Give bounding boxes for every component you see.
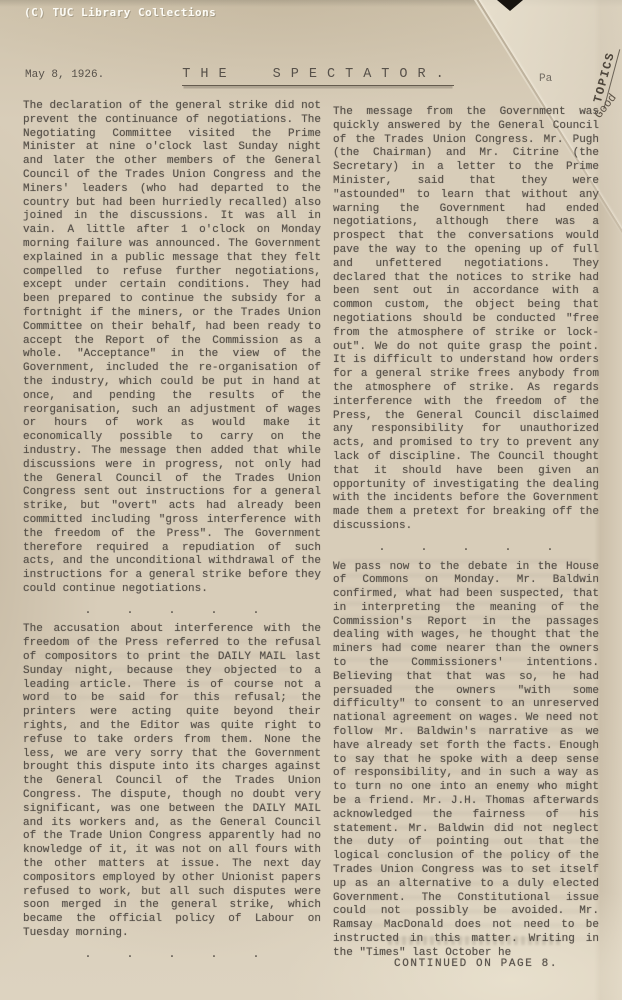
copyright-watermark: (C) TUC Library Collections bbox=[24, 6, 216, 19]
publication-title: THE SPECTATOR. bbox=[182, 67, 453, 86]
section-separator-dots: . . . . . bbox=[333, 541, 599, 555]
right-column: The message from the Government was quic… bbox=[333, 106, 599, 961]
page-number-fragment: Pa bbox=[539, 73, 552, 85]
section-separator-dots: . . . . . bbox=[23, 948, 321, 962]
section-separator-dots: . . . . . bbox=[23, 604, 321, 618]
scanned-newspaper-page: (C) TUC Library Collections TOPICS Good … bbox=[0, 0, 622, 1000]
photo-corner-mark bbox=[497, 0, 523, 11]
article-paragraph: The accusation about interference with t… bbox=[23, 623, 321, 940]
left-column: The declaration of the general strike di… bbox=[23, 100, 321, 968]
masthead: THE SPECTATOR. bbox=[0, 64, 622, 86]
continued-notice: CONTINUED ON PAGE 8. bbox=[394, 958, 558, 970]
article-paragraph: The declaration of the general strike di… bbox=[23, 100, 321, 597]
article-paragraph: The message from the Government was quic… bbox=[333, 106, 599, 534]
ink-smudge bbox=[388, 936, 563, 945]
article-paragraph: We pass now to the debate in the House o… bbox=[333, 561, 599, 961]
